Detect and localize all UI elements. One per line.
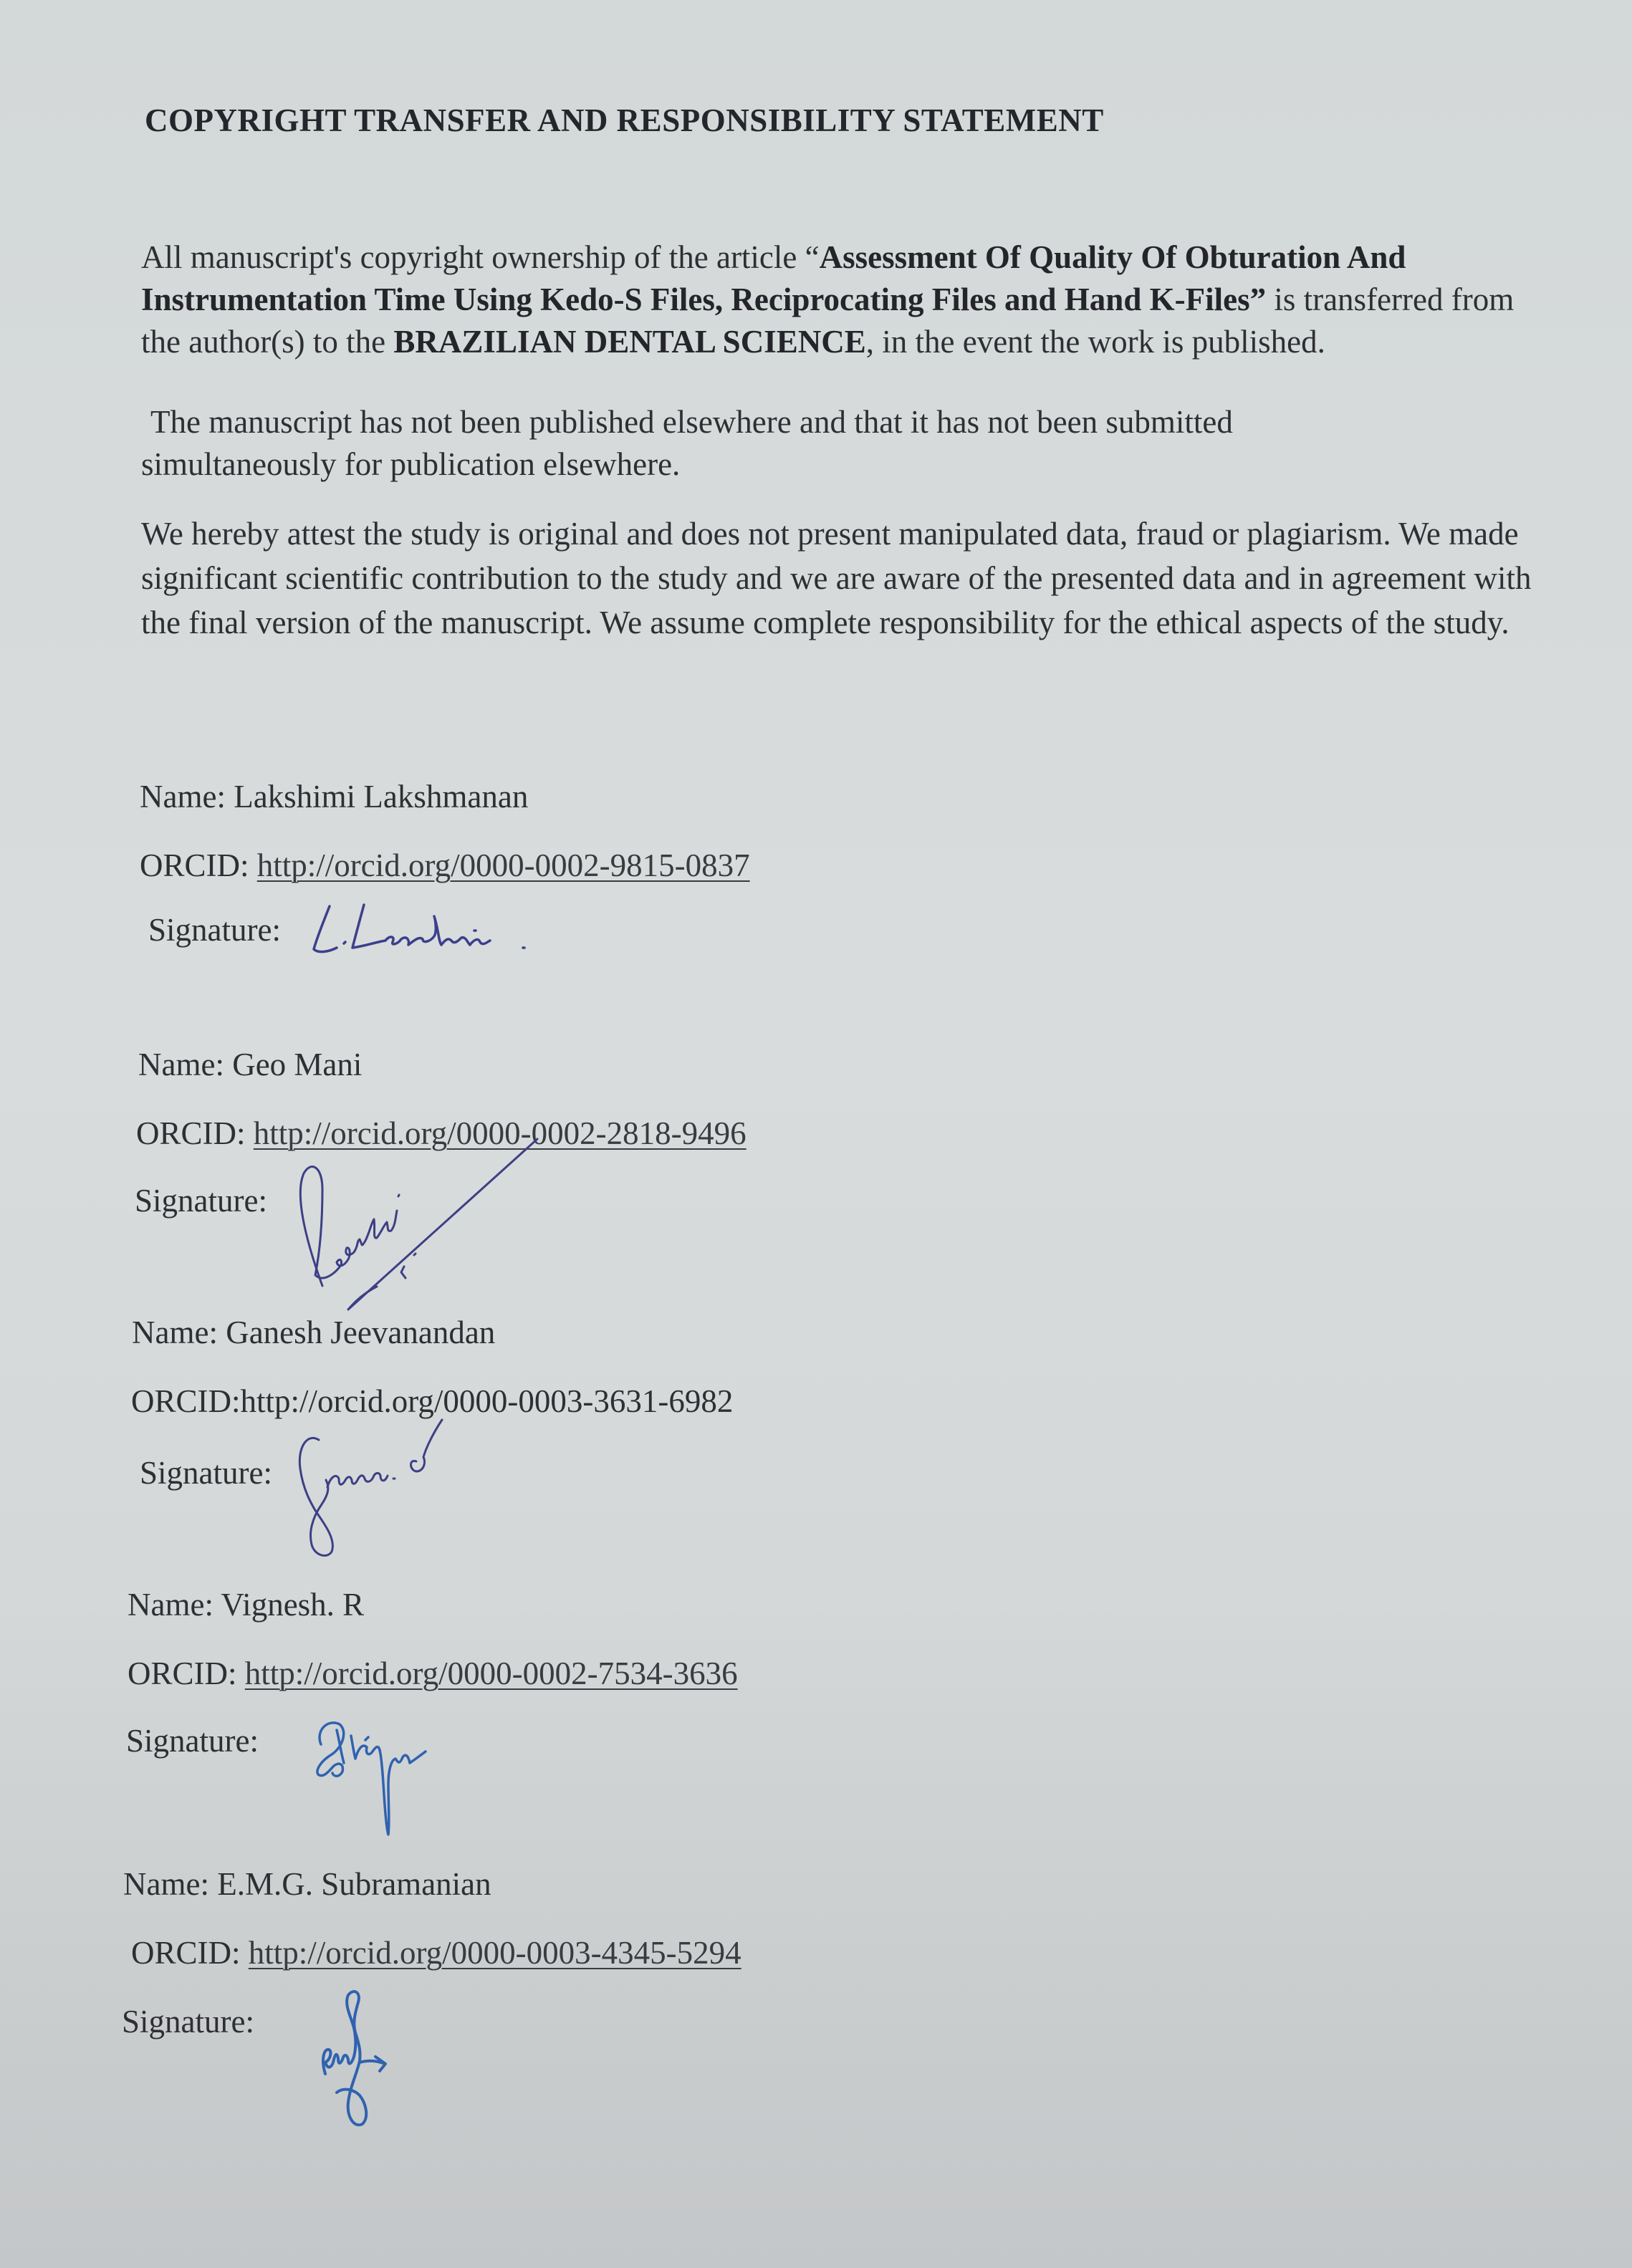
signature-label: Signature: [148, 911, 281, 948]
author-orcid-line: ORCID:http://orcid.org/0000-0003-3631-69… [131, 1383, 733, 1420]
signature-label: Signature: [122, 2003, 254, 2040]
orcid-link[interactable]: http://orcid.org/0000-0002-9815-0837 [257, 847, 750, 883]
author-name: Ganesh Jeevanandan [226, 1315, 495, 1350]
signature-label: Signature: [135, 1182, 267, 1219]
orcid-label: ORCID: [140, 847, 257, 883]
signature-label: Signature: [140, 1454, 272, 1491]
author-orcid-line: ORCID: http://orcid.org/0000-0003-4345-5… [131, 1934, 741, 1971]
document-title: COPYRIGHT TRANSFER AND RESPONSIBILITY ST… [145, 102, 1104, 139]
name-label: Name: [123, 1866, 217, 1902]
author-name-line: Name: E.M.G. Subramanian [123, 1865, 491, 1903]
scanned-document-page: COPYRIGHT TRANSFER AND RESPONSIBILITY ST… [0, 0, 1632, 2268]
signature-ganesh [283, 1418, 484, 1562]
name-label: Name: [138, 1047, 232, 1082]
signature-vignesh [308, 1716, 480, 1841]
paragraph-prefix: All manuscript's copyright ownership of … [141, 239, 820, 275]
originality-paragraph-line1: The manuscript has not been published el… [150, 401, 1555, 443]
signature-label: Signature: [126, 1722, 259, 1759]
responsibility-paragraph: We hereby attest the study is original a… [141, 511, 1545, 645]
journal-name: BRAZILIAN DENTAL SCIENCE [393, 324, 865, 360]
author-name-line: Name: Geo Mani [138, 1046, 362, 1083]
name-label: Name: [128, 1587, 221, 1623]
author-name: Lakshimi Lakshmanan [234, 779, 528, 815]
signature-geo-mani [272, 1139, 544, 1340]
signature-emg-subramanian [315, 1988, 444, 2135]
orcid-label: ORCID: [131, 1383, 241, 1419]
author-orcid-line: ORCID: http://orcid.org/0000-0002-7534-3… [128, 1655, 738, 1692]
author-name-line: Name: Vignesh. R [128, 1586, 364, 1623]
orcid-label: ORCID: [136, 1115, 254, 1151]
copyright-transfer-paragraph: All manuscript's copyright ownership of … [141, 236, 1545, 363]
orcid-label: ORCID: [128, 1656, 245, 1691]
author-name-line: Name: Ganesh Jeevanandan [132, 1314, 495, 1351]
orcid-link[interactable]: http://orcid.org/0000-0003-4345-5294 [249, 1935, 741, 1971]
signature-lakshimi [308, 899, 580, 964]
paragraph-suffix: , in the event the work is published. [866, 324, 1325, 360]
originality-paragraph-line2: simultaneously for publication elsewhere… [141, 443, 1545, 486]
orcid-link[interactable]: http://orcid.org/0000-0003-3631-6982 [241, 1383, 734, 1419]
author-name: Geo Mani [232, 1047, 362, 1082]
author-name: Vignesh. R [221, 1587, 364, 1623]
author-orcid-line: ORCID: http://orcid.org/0000-0002-9815-0… [140, 847, 750, 884]
orcid-label: ORCID: [131, 1935, 249, 1971]
name-label: Name: [140, 779, 234, 815]
orcid-link[interactable]: http://orcid.org/0000-0002-7534-3636 [245, 1656, 738, 1691]
name-label: Name: [132, 1315, 226, 1350]
author-name: E.M.G. Subramanian [217, 1866, 491, 1902]
author-name-line: Name: Lakshimi Lakshmanan [140, 778, 528, 815]
